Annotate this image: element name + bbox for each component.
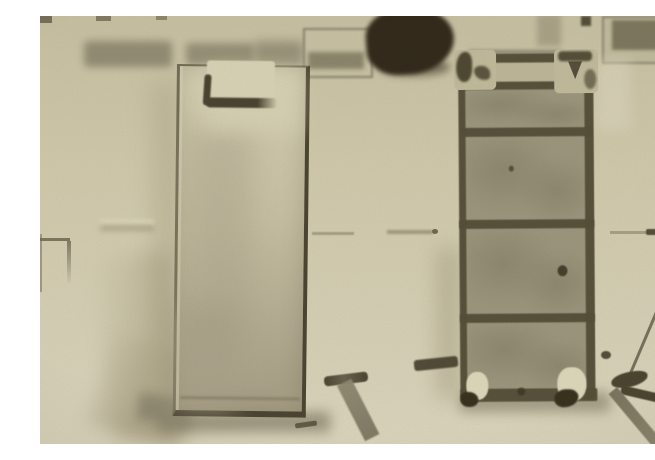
photograph: Sepia photograph of two rectangular stor… [40, 16, 655, 444]
film-grain-overlay [40, 16, 655, 444]
